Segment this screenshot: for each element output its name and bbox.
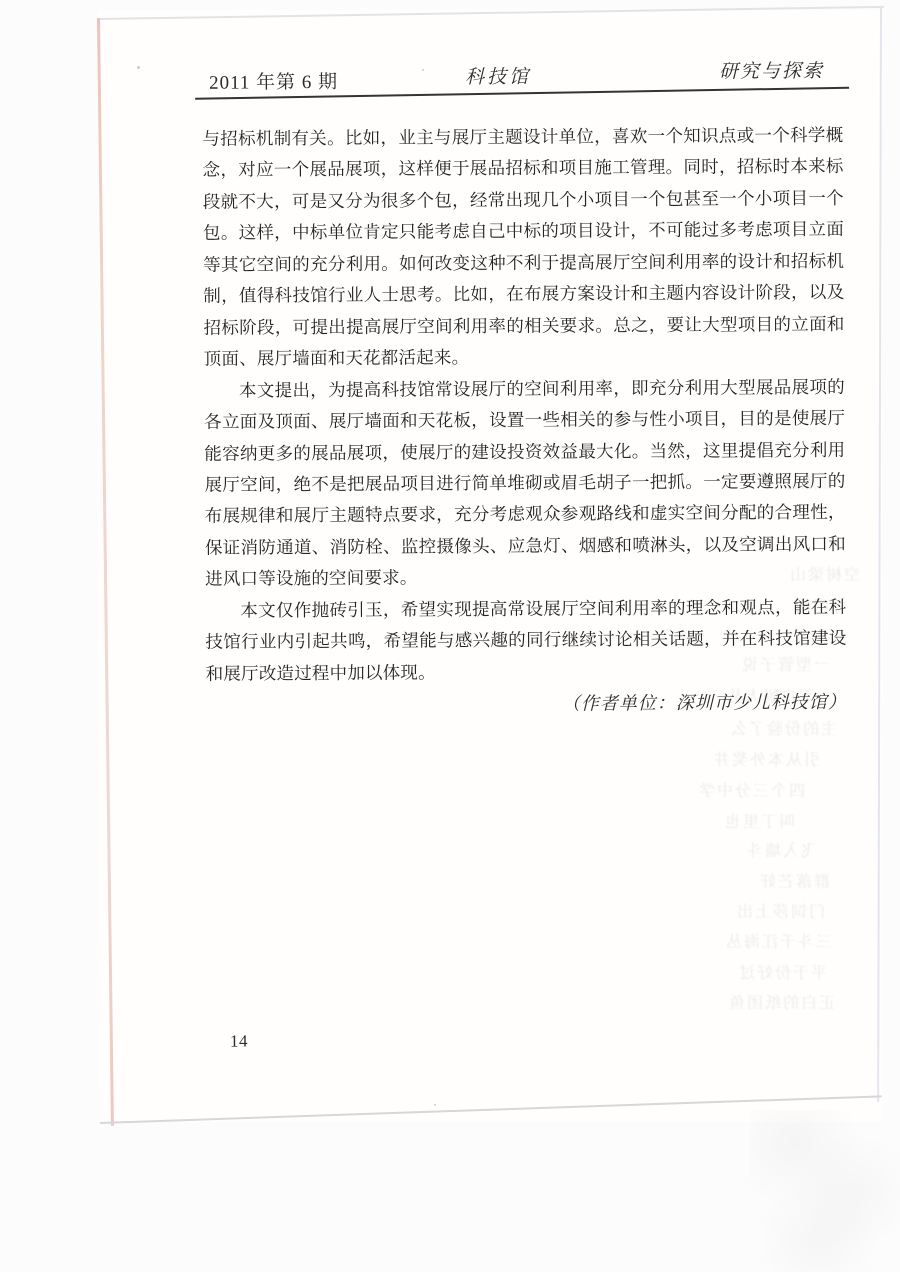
header-column-title: 研究与探索 — [719, 56, 824, 84]
scan-speck — [434, 1104, 436, 1106]
scan-speck — [137, 66, 140, 69]
page-number: 14 — [230, 1031, 248, 1051]
header-issue-label: 2011 年第 6 期 — [209, 67, 338, 95]
page-content: 2011 年第 6 期 科技馆 研究与探索 与招标机制有关。比如，业主与展厅主题… — [0, 0, 900, 1272]
body-paragraph: 与招标机制有关。比如，业主与展厅主题设计单位，喜欢一个知识点或一个科学概念，对应… — [202, 120, 845, 376]
header-journal-title: 科技馆 — [465, 62, 531, 89]
author-affiliation-note: （作者单位：深圳市少儿科技馆） — [206, 687, 847, 722]
body-paragraph: 本文仅作抛砖引玉，希望实现提高常设展厅空间利用率的理念和观点，能在科技馆行业内引… — [205, 592, 847, 690]
scanned-page-canvas: 2011 年第 6 期 科技馆 研究与探索 与招标机制有关。比如，业主与展厅主题… — [0, 0, 900, 1272]
scan-texture-artifact — [750, 1110, 900, 1272]
article-body: 与招标机制有关。比如，业主与展厅主题设计单位，喜欢一个知识点或一个科学概念，对应… — [202, 120, 846, 690]
scan-speck — [422, 69, 424, 71]
body-paragraph: 本文提出，为提高科技馆常设展厅的空间利用率，即充分利用大型展品展项的各立面及顶面… — [204, 371, 846, 595]
